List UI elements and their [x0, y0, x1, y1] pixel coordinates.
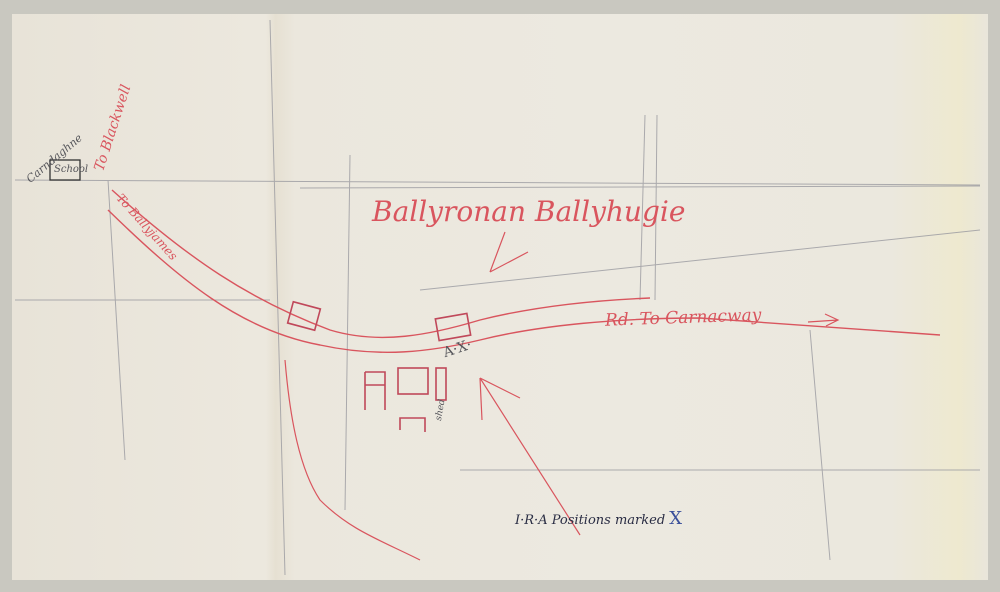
sketch-map-drawing: [0, 0, 1000, 592]
pencil-grid-lines: [15, 20, 980, 575]
school-label: School: [54, 164, 88, 175]
place-label: Ballyronan Ballyhugie: [372, 195, 685, 228]
legend-marker: X: [669, 508, 682, 529]
legend-text: I·R·A Positions marked: [515, 513, 665, 528]
legend: I·R·A Positions marked X: [515, 508, 682, 529]
